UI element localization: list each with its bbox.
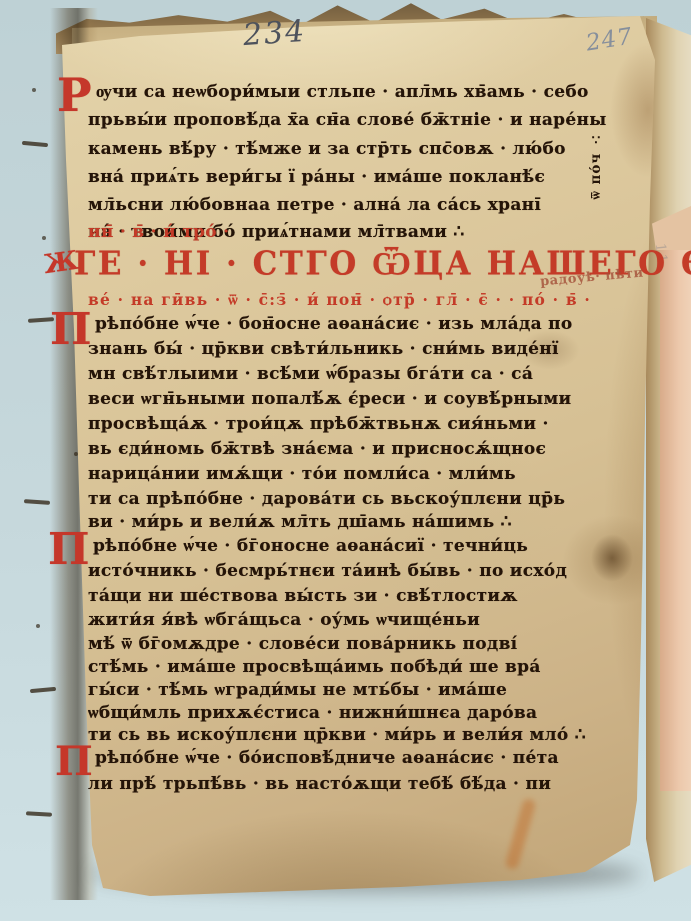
wormhole: [36, 624, 40, 628]
text-line: прьвы́и проповѣ́да х̄а сн̄а слове́ бж̄тн…: [88, 110, 607, 130]
rubric-inline: ин̄ · в̄ · и́ тро́ ·: [88, 222, 229, 242]
text-line: вь єди́номь бж̄твѣ зна́єма · и присносѫ́…: [88, 439, 546, 459]
text-line: ѹчи са неѡбори́мыи стльпе · апл̄мь хв̄ам…: [96, 82, 589, 102]
wormhole: [74, 452, 78, 456]
text-line: ти сь вь искоу́плєни цр̄кви · ми́рь и ве…: [88, 725, 586, 745]
text-line: ли прѣ́ трьпѣ́вь · вь насто́ѫщи тебѣ́ бѣ…: [88, 774, 551, 794]
text-line: просвѣща́ѫ · трои́цѫ прѣбж̄твьнѫ сия́ньм…: [88, 414, 549, 434]
text-line: знань бы́ · цр̄кви свѣти́льникь · сни́мь…: [88, 339, 559, 359]
text-line: вна́ приѧ́ть вери́гы ї ра́ны · има́ше по…: [88, 167, 545, 187]
text-line: мѣ́ ѿ бг̄омѫдре · слове́си пова́рникь по…: [88, 634, 517, 654]
text-line: жити́я я́вѣ ѡбга́щьса · оу́мь ѡчище́ньи: [88, 610, 480, 630]
text-line: рѣпо́бне ѡ́че · бон̄осне аѳана́сиє · изь…: [95, 314, 573, 334]
wormhole: [42, 236, 46, 240]
text-line: нарица́нии имѫ́щи · то́и помли́са · мли́…: [88, 464, 516, 484]
text-line: ѡбщи́мль прихѫє́стиса · нижни́шнєа даро́…: [88, 703, 537, 723]
text-line: ви · ми́рь и вели́ѫ мл̄ть дш̄амь на́шимь…: [88, 512, 512, 532]
drop-cap-p1: Р: [57, 72, 92, 118]
text-line: гы́си · тѣ́мь ѡгради́мы не мть́бы · има́…: [88, 680, 507, 700]
rubric-line: ве́ · на гӣвь · ѿ · с̄:з̄ · и́ пон̄ · ѻт…: [88, 290, 591, 310]
text-line: мн свѣ́тлыими · всѣ́ми ѡ́бразы бга́ти са…: [88, 364, 533, 384]
text-line: стѣ́мь · има́ше просвѣща́имь побѣди́ ше …: [88, 657, 541, 677]
text-line: веси ѡгн̄ьными попалѣ́ѫ є́реси · и соувѣ…: [88, 389, 571, 409]
drop-cap-p2: П: [50, 308, 92, 352]
margin-note-ink: ѿ по́ч ∴: [588, 130, 604, 200]
text-line: та́щи ни ше́ствова вы́сть зи · свѣ́тлост…: [88, 586, 518, 606]
text-line: мл̄ьсни лю́бовнаа петре · ална́ ла са́сь…: [88, 195, 541, 215]
wormhole: [32, 88, 36, 92]
text-line: исто́чникь · бесмрь́тнєи та́инѣ бы́вь · …: [88, 561, 567, 581]
drop-cap-p3: П: [48, 528, 90, 572]
text-line: ти са прѣпо́бне · дарова́ти сь вьскоу́пл…: [88, 489, 565, 509]
pink-sheet-right: [660, 226, 691, 791]
text-line: рѣпо́бне ѡ́че · бг̄оносне аѳана́сиї · те…: [93, 536, 528, 556]
folio-number-pencil: 234: [242, 14, 308, 53]
manuscript-photo: 234 247 11 Р ѹчи са неѡбори́мыи стльпе ·…: [0, 0, 691, 921]
text-line: камень вѣ́ру · тѣ́мже и за стр̄ть спс̄ов…: [88, 139, 566, 159]
text-line: рѣпо́бне ѡ́че · бо́исповѣ́дниче аѳана́си…: [95, 748, 559, 768]
